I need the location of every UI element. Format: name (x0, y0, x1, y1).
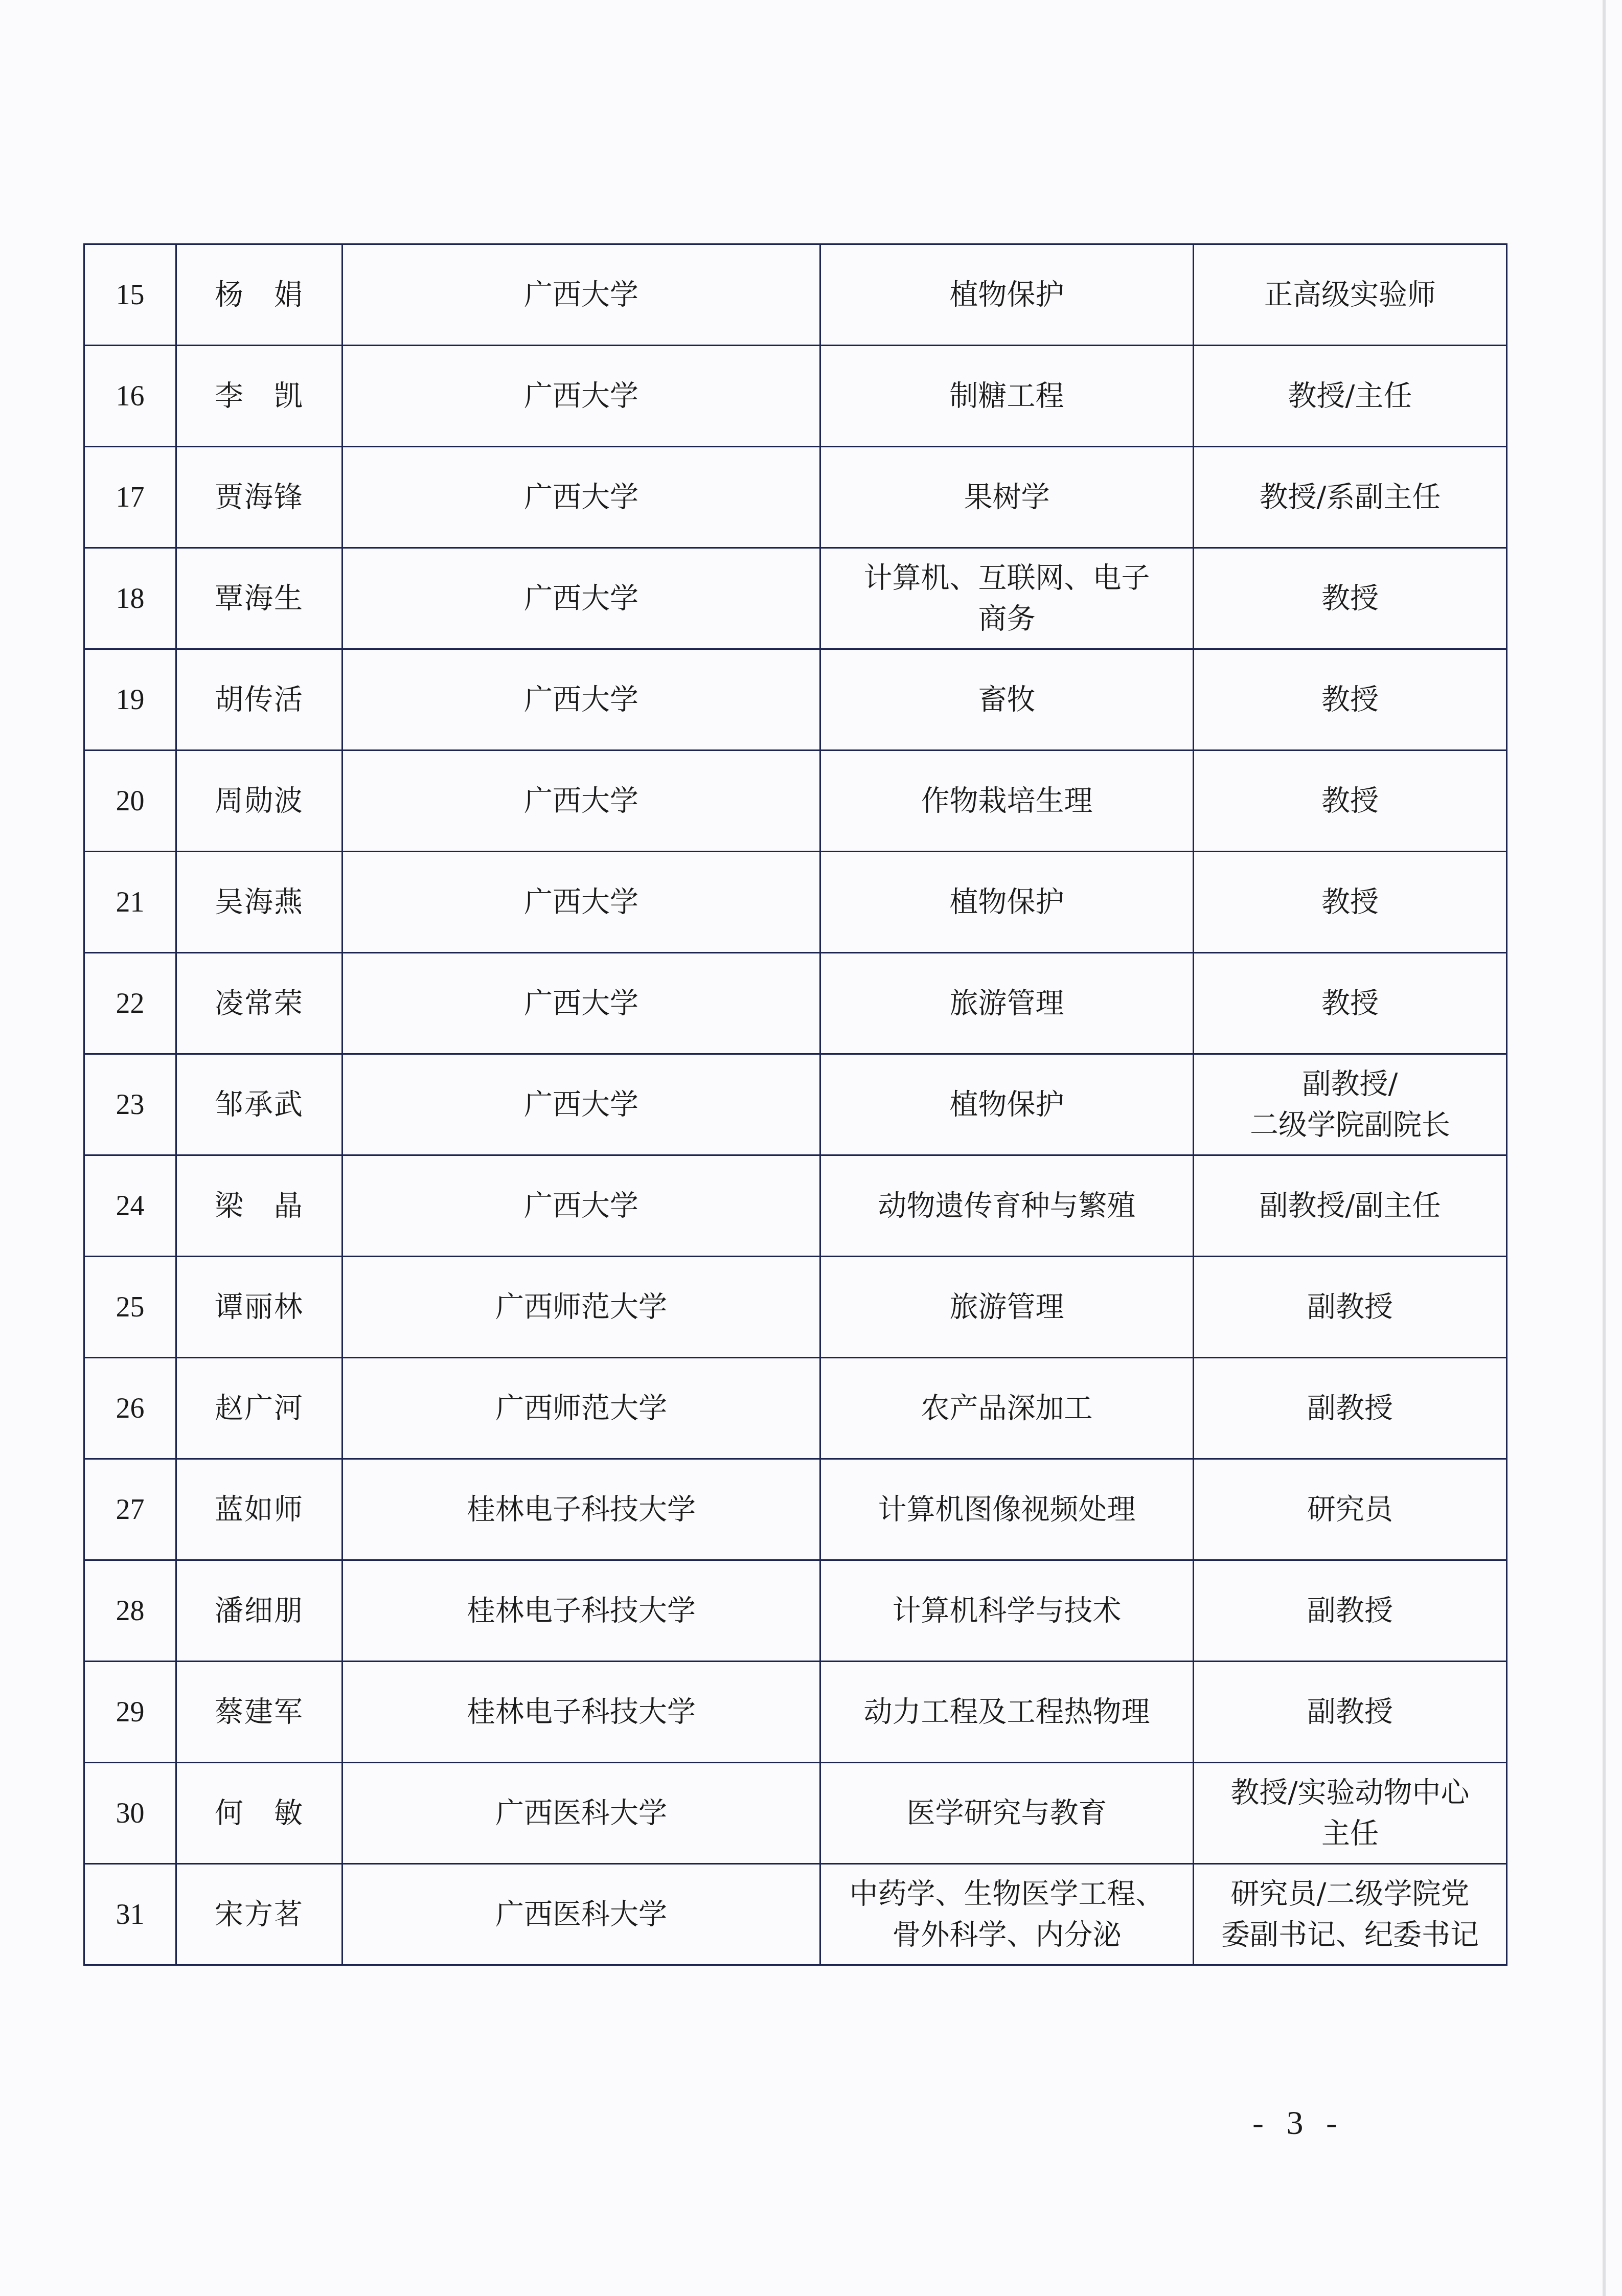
table-row: 24梁 晶广西大学动物遗传育种与繁殖副教授/副主任 (84, 1155, 1507, 1257)
title-line: 副教授 (1199, 1287, 1501, 1328)
field-line: 植物保护 (826, 1084, 1187, 1125)
unit-cell: 广西大学 (342, 346, 820, 447)
title-line: 研究员/二级学院党 (1199, 1874, 1501, 1915)
row-number-cell: 25 (84, 1257, 176, 1358)
title-cell: 教授 (1194, 953, 1507, 1054)
title-cell: 教授/实验动物中心主任 (1194, 1763, 1507, 1864)
title-line: 副教授 (1199, 1590, 1501, 1631)
row-number-cell: 16 (84, 346, 176, 447)
title-line: 主任 (1199, 1813, 1501, 1854)
table-row: 25谭丽林广西师范大学旅游管理副教授 (84, 1257, 1507, 1358)
title-line: 副教授/ (1199, 1064, 1501, 1105)
expert-roster-table: 15杨 娟广西大学植物保护正高级实验师16李 凯广西大学制糖工程教授/主任17贾… (83, 243, 1507, 1966)
field-cell: 计算机科学与技术 (820, 1560, 1194, 1662)
field-line: 医学研究与教育 (826, 1793, 1187, 1834)
title-cell: 教授 (1194, 852, 1507, 953)
title-line: 教授 (1199, 679, 1501, 720)
field-cell: 计算机图像视频处理 (820, 1459, 1194, 1560)
row-number-cell: 26 (84, 1358, 176, 1459)
title-line: 教授 (1199, 578, 1501, 619)
field-line: 植物保护 (826, 882, 1187, 923)
table-row: 19胡传活广西大学畜牧教授 (84, 649, 1507, 751)
name-cell: 蓝如师 (176, 1459, 342, 1560)
unit-cell: 广西大学 (342, 953, 820, 1054)
row-number-cell: 28 (84, 1560, 176, 1662)
title-line: 副教授 (1199, 1388, 1501, 1429)
title-line: 教授 (1199, 781, 1501, 822)
table-row: 15杨 娟广西大学植物保护正高级实验师 (84, 244, 1507, 346)
name-cell: 何 敏 (176, 1763, 342, 1864)
field-cell: 畜牧 (820, 649, 1194, 751)
title-cell: 副教授 (1194, 1560, 1507, 1662)
title-cell: 研究员/二级学院党委副书记、纪委书记 (1194, 1864, 1507, 1965)
name-cell: 谭丽林 (176, 1257, 342, 1358)
field-line: 商务 (826, 599, 1187, 640)
title-line: 正高级实验师 (1199, 275, 1501, 315)
page-edge (1603, 0, 1606, 2296)
field-cell: 中药学、生物医学工程、骨外科学、内分泌 (820, 1864, 1194, 1965)
title-cell: 教授 (1194, 649, 1507, 751)
field-line: 骨外科学、内分泌 (826, 1915, 1187, 1956)
name-cell: 覃海生 (176, 548, 342, 649)
field-line: 畜牧 (826, 679, 1187, 720)
field-cell: 旅游管理 (820, 953, 1194, 1054)
field-line: 计算机科学与技术 (826, 1590, 1187, 1631)
field-cell: 作物栽培生理 (820, 751, 1194, 852)
title-line: 二级学院副院长 (1199, 1105, 1501, 1146)
unit-cell: 桂林电子科技大学 (342, 1459, 820, 1560)
table-row: 29蔡建军桂林电子科技大学动力工程及工程热物理副教授 (84, 1662, 1507, 1763)
title-cell: 副教授 (1194, 1358, 1507, 1459)
table-row: 27蓝如师桂林电子科技大学计算机图像视频处理研究员 (84, 1459, 1507, 1560)
title-line: 委副书记、纪委书记 (1199, 1915, 1501, 1956)
page-number: - 3 - (1217, 2104, 1380, 2143)
title-cell: 研究员 (1194, 1459, 1507, 1560)
field-cell: 动物遗传育种与繁殖 (820, 1155, 1194, 1257)
unit-cell: 广西大学 (342, 751, 820, 852)
field-cell: 制糖工程 (820, 346, 1194, 447)
field-cell: 旅游管理 (820, 1257, 1194, 1358)
field-line: 植物保护 (826, 275, 1187, 315)
title-line: 研究员 (1199, 1489, 1501, 1530)
table-row: 16李 凯广西大学制糖工程教授/主任 (84, 346, 1507, 447)
title-cell: 教授 (1194, 548, 1507, 649)
name-cell: 赵广河 (176, 1358, 342, 1459)
row-number-cell: 30 (84, 1763, 176, 1864)
name-cell: 杨 娟 (176, 244, 342, 346)
table-row: 22凌常荣广西大学旅游管理教授 (84, 953, 1507, 1054)
unit-cell: 广西师范大学 (342, 1257, 820, 1358)
field-line: 中药学、生物医学工程、 (826, 1874, 1187, 1915)
field-cell: 动力工程及工程热物理 (820, 1662, 1194, 1763)
field-line: 制糖工程 (826, 376, 1187, 417)
title-cell: 教授/系副主任 (1194, 447, 1507, 548)
title-line: 副教授/副主任 (1199, 1186, 1501, 1226)
row-number-cell: 17 (84, 447, 176, 548)
field-line: 旅游管理 (826, 1287, 1187, 1328)
field-line: 计算机、互联网、电子 (826, 558, 1187, 599)
field-line: 动力工程及工程热物理 (826, 1692, 1187, 1733)
row-number-cell: 27 (84, 1459, 176, 1560)
table-row: 21吴海燕广西大学植物保护教授 (84, 852, 1507, 953)
table-row: 18覃海生广西大学计算机、互联网、电子商务教授 (84, 548, 1507, 649)
unit-cell: 广西师范大学 (342, 1358, 820, 1459)
row-number-cell: 21 (84, 852, 176, 953)
unit-cell: 广西大学 (342, 1155, 820, 1257)
roster-body: 15杨 娟广西大学植物保护正高级实验师16李 凯广西大学制糖工程教授/主任17贾… (84, 244, 1507, 1965)
unit-cell: 广西医科大学 (342, 1864, 820, 1965)
field-cell: 计算机、互联网、电子商务 (820, 548, 1194, 649)
title-cell: 副教授/二级学院副院长 (1194, 1054, 1507, 1155)
table-row: 26赵广河广西师范大学农产品深加工副教授 (84, 1358, 1507, 1459)
unit-cell: 广西大学 (342, 447, 820, 548)
title-line: 教授 (1199, 882, 1501, 923)
title-cell: 副教授 (1194, 1257, 1507, 1358)
name-cell: 邹承武 (176, 1054, 342, 1155)
row-number-cell: 31 (84, 1864, 176, 1965)
table-row: 20周勋波广西大学作物栽培生理教授 (84, 751, 1507, 852)
table-row: 28潘细朋桂林电子科技大学计算机科学与技术副教授 (84, 1560, 1507, 1662)
name-cell: 胡传活 (176, 649, 342, 751)
row-number-cell: 18 (84, 548, 176, 649)
name-cell: 贾海锋 (176, 447, 342, 548)
field-line: 果树学 (826, 477, 1187, 518)
row-number-cell: 24 (84, 1155, 176, 1257)
title-cell: 教授 (1194, 751, 1507, 852)
unit-cell: 广西医科大学 (342, 1763, 820, 1864)
row-number-cell: 19 (84, 649, 176, 751)
name-cell: 蔡建军 (176, 1662, 342, 1763)
name-cell: 凌常荣 (176, 953, 342, 1054)
row-number-cell: 23 (84, 1054, 176, 1155)
title-cell: 教授/主任 (1194, 346, 1507, 447)
unit-cell: 广西大学 (342, 548, 820, 649)
unit-cell: 广西大学 (342, 244, 820, 346)
field-cell: 植物保护 (820, 852, 1194, 953)
field-line: 计算机图像视频处理 (826, 1489, 1187, 1530)
field-cell: 医学研究与教育 (820, 1763, 1194, 1864)
title-cell: 正高级实验师 (1194, 244, 1507, 346)
title-line: 教授/系副主任 (1199, 477, 1501, 518)
name-cell: 宋方茗 (176, 1864, 342, 1965)
field-cell: 果树学 (820, 447, 1194, 548)
unit-cell: 广西大学 (342, 1054, 820, 1155)
field-cell: 农产品深加工 (820, 1358, 1194, 1459)
field-line: 作物栽培生理 (826, 781, 1187, 822)
row-number-cell: 22 (84, 953, 176, 1054)
name-cell: 梁 晶 (176, 1155, 342, 1257)
title-line: 教授/实验动物中心 (1199, 1772, 1501, 1813)
field-line: 动物遗传育种与繁殖 (826, 1186, 1187, 1226)
table-row: 17贾海锋广西大学果树学教授/系副主任 (84, 447, 1507, 548)
field-cell: 植物保护 (820, 1054, 1194, 1155)
row-number-cell: 29 (84, 1662, 176, 1763)
name-cell: 吴海燕 (176, 852, 342, 953)
name-cell: 周勋波 (176, 751, 342, 852)
title-line: 教授 (1199, 983, 1501, 1024)
field-line: 农产品深加工 (826, 1388, 1187, 1429)
title-line: 教授/主任 (1199, 376, 1501, 417)
title-cell: 副教授 (1194, 1662, 1507, 1763)
field-cell: 植物保护 (820, 244, 1194, 346)
name-cell: 潘细朋 (176, 1560, 342, 1662)
table-row: 31宋方茗广西医科大学中药学、生物医学工程、骨外科学、内分泌研究员/二级学院党委… (84, 1864, 1507, 1965)
unit-cell: 桂林电子科技大学 (342, 1662, 820, 1763)
row-number-cell: 15 (84, 244, 176, 346)
name-cell: 李 凯 (176, 346, 342, 447)
unit-cell: 广西大学 (342, 649, 820, 751)
row-number-cell: 20 (84, 751, 176, 852)
title-line: 副教授 (1199, 1692, 1501, 1733)
unit-cell: 广西大学 (342, 852, 820, 953)
table-row: 30何 敏广西医科大学医学研究与教育教授/实验动物中心主任 (84, 1763, 1507, 1864)
field-line: 旅游管理 (826, 983, 1187, 1024)
table-row: 23邹承武广西大学植物保护副教授/二级学院副院长 (84, 1054, 1507, 1155)
title-cell: 副教授/副主任 (1194, 1155, 1507, 1257)
unit-cell: 桂林电子科技大学 (342, 1560, 820, 1662)
